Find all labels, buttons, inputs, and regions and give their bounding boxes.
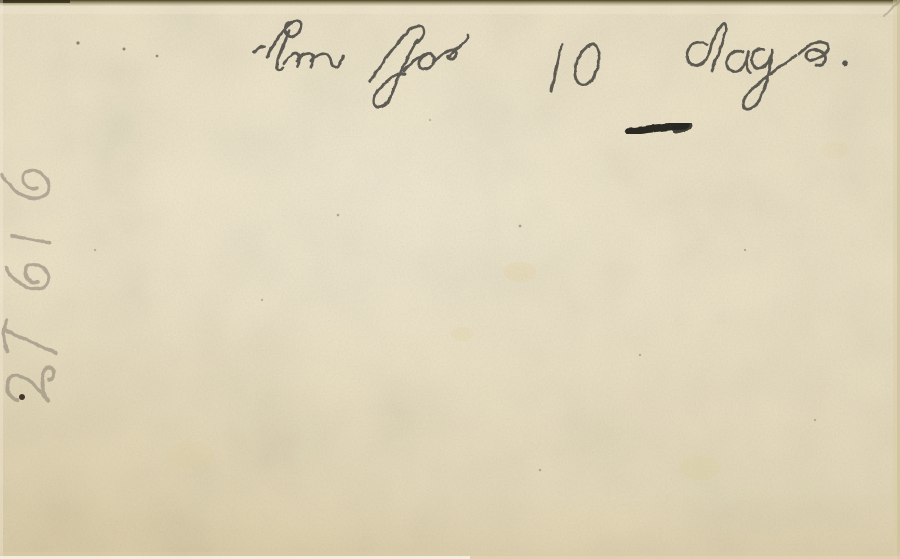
ink-dot <box>19 394 25 400</box>
period-mark <box>842 60 847 65</box>
paper-scan-art <box>0 0 900 559</box>
photo-card-back: In for 10 days. 27616 <box>0 0 900 559</box>
